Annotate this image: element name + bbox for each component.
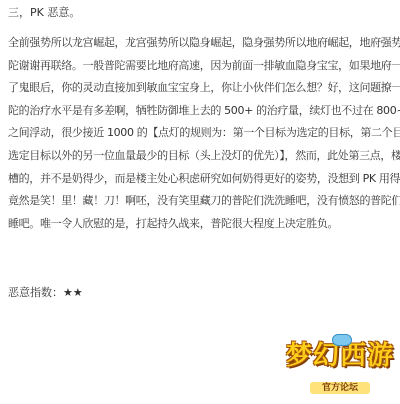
star-icons: ★★ xyxy=(63,286,83,299)
paragraph: 全前强势所以龙宫崛起，龙宫强势所以隐身崛起，隐身强势所以地府崛起，地府强势所以普… xyxy=(8,32,396,235)
paragraph-line: 之间浮动，很少接近 1000 的【点灯的规则为：第一个目标为选定的目标，第二个目… xyxy=(8,122,396,145)
paragraph-line: 陀谢谢再联络。一般普陀需要比地府高速，因为前面一排敏血隐身宝宝，如果地府一速，上 xyxy=(8,55,396,78)
rating-label: 恶意指数： xyxy=(8,286,63,299)
logo-sub-text: 官方论坛 xyxy=(310,382,370,394)
article-body: 三，PK 恶意。 全前强势所以龙宫崛起，龙宫强势所以隐身崛起，隐身强势所以地府崛… xyxy=(8,4,396,235)
section-title: 三，PK 恶意。 xyxy=(8,4,396,22)
paragraph-line: 选定目标以外的另一位血量最少的目标（头上没灯的优先）】，然而，此处第三点，楼主想… xyxy=(8,145,396,168)
forum-logo: 梦幻西游 官方论坛 xyxy=(282,328,398,400)
malice-rating: 恶意指数：★★ xyxy=(8,284,83,302)
paragraph-line: 竟然是笑！里！藏！刀！啊呸，没有笑里藏刀的普陀们洗洗睡吧，没有愤怒的普陀们则早点 xyxy=(8,190,396,213)
paragraph-line: 全前强势所以龙宫崛起，龙宫强势所以隐身崛起，隐身强势所以地府崛起，地府强势所以普 xyxy=(8,32,396,55)
paragraph-line: 槽的，并不是奶得少，而是楼主处心积虑研究如何奶得更好的姿势，没想到 PK 用得最… xyxy=(8,168,396,191)
paragraph-line: 了鬼眼后，你的灵动直接加到敏血宝宝身上，你让小伙伴们怎么想？好，这问题撩一边，普 xyxy=(8,77,396,100)
paragraph-line: 陀的治疗水平是有多差啊，牺牲防御堆上去的 500+ 的治疗量，续灯也不过在 80… xyxy=(8,100,396,123)
cloud-icon xyxy=(332,334,352,346)
paragraph-line: 睡吧。唯一令人欣慰的是，打起持久战来，普陀很大程度上决定胜负。 xyxy=(8,213,396,236)
